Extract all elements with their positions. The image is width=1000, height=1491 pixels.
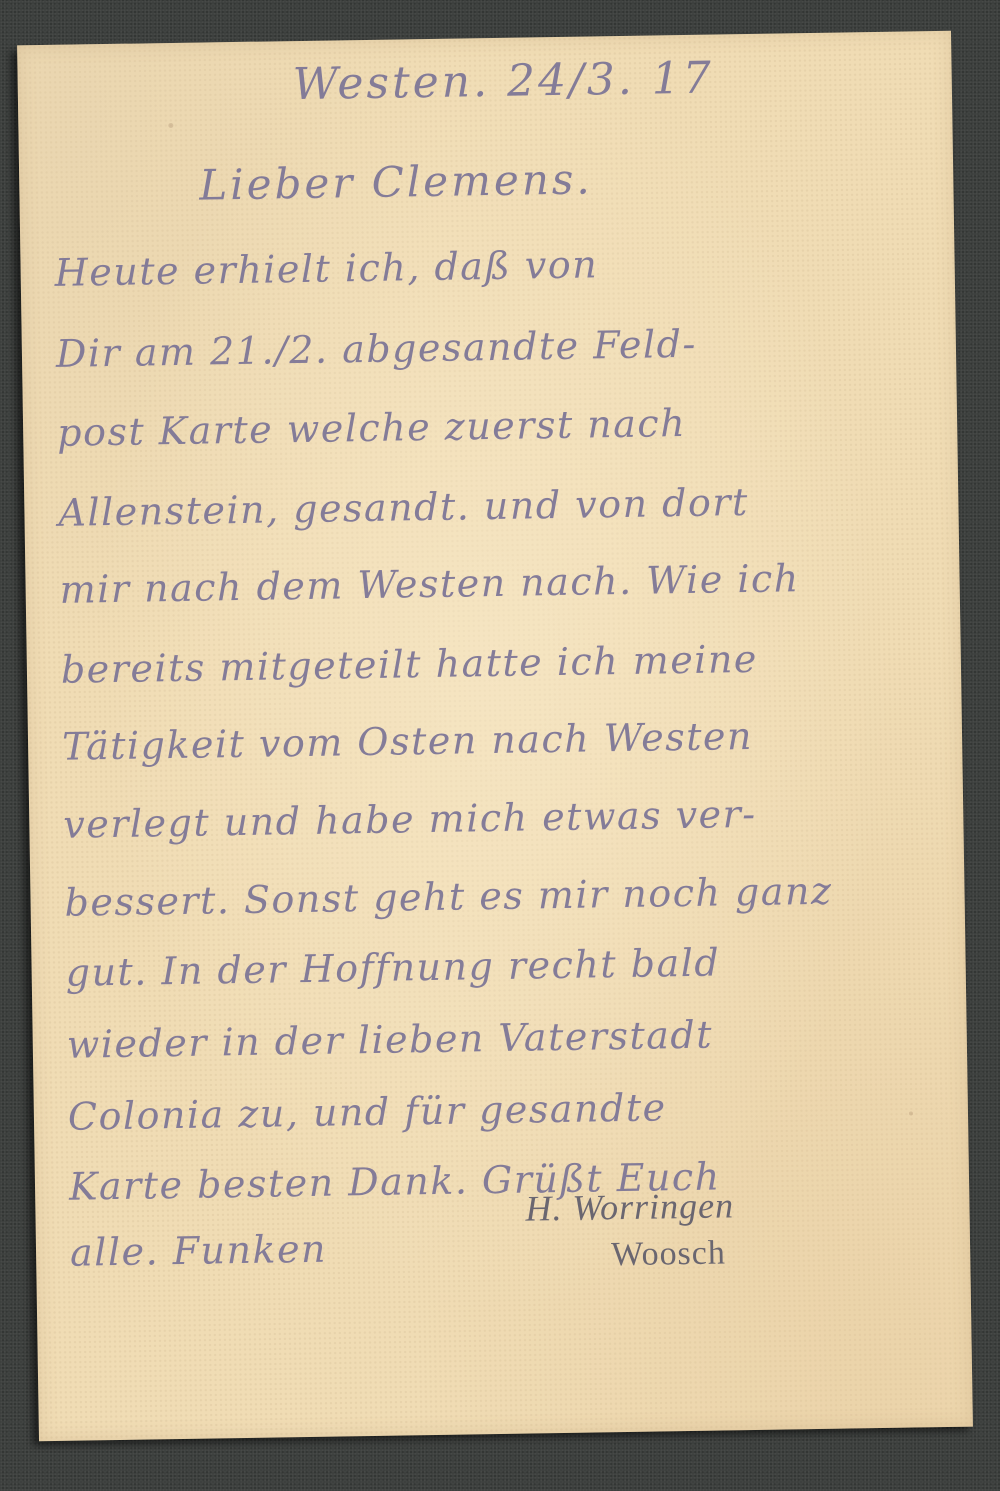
paper-spot [909, 1111, 913, 1115]
postcard: Westen. 24/3. 17 Lieber Clemens. Heute e… [17, 31, 973, 1441]
body-line-4: Allenstein, gesandt. und von dort [58, 480, 749, 535]
signature-nickname: Woosch [611, 1234, 726, 1274]
body-line-7: Tätigkeit vom Osten nach Westen [62, 714, 753, 769]
paper-spot [168, 123, 173, 128]
body-line-14: alle. Funken [70, 1227, 328, 1275]
body-line-10: gut. In der Hoffnung recht bald [65, 940, 720, 994]
body-line-8: verlegt und habe mich etwas ver- [63, 792, 757, 847]
body-line-2: Dir am 21./2. abgesandte Feld- [56, 322, 698, 376]
signature-name: H. Worringen [525, 1184, 734, 1229]
body-line-11: wieder in der lieben Vaterstadt [66, 1013, 713, 1067]
place-date-heading: Westen. 24/3. 17 [292, 52, 714, 110]
body-line-1: Heute erhielt ich, daß von [54, 242, 598, 295]
body-line-9: bessert. Sonst geht es mir noch ganz [64, 869, 833, 925]
body-line-6: bereits mitgeteilt hatte ich meine [61, 637, 759, 692]
body-line-3: post Karte welche zuerst nach [57, 401, 687, 455]
body-line-5: mir nach dem Westen nach. Wie ich [59, 556, 800, 612]
salutation: Lieber Clemens. [199, 154, 593, 209]
body-line-12: Colonia zu, und für gesandte [68, 1085, 667, 1138]
